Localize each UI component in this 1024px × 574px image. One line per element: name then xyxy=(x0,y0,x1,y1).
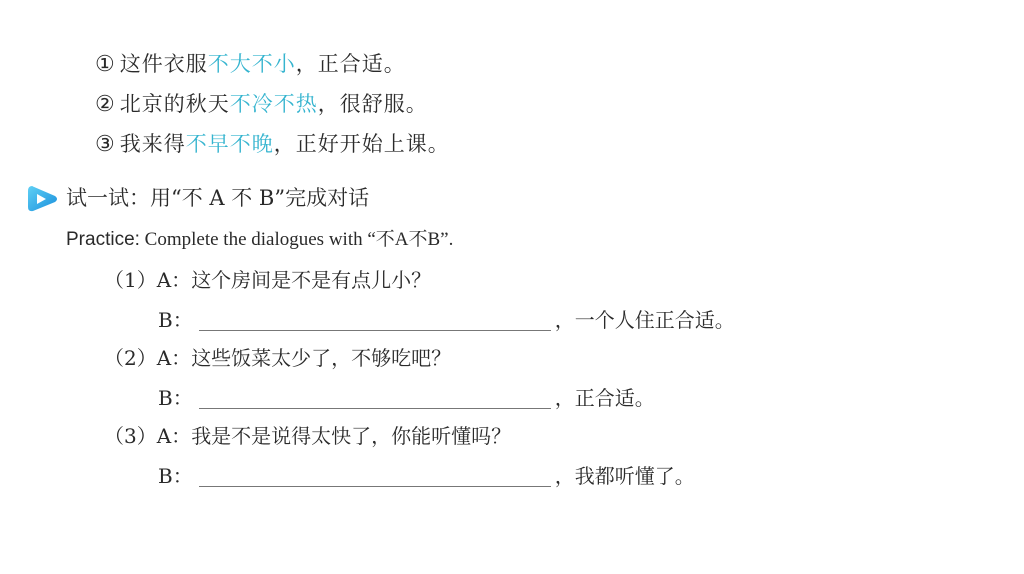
dialogue-1-a: （1）A：这个房间是不是有点儿小？ xyxy=(104,266,431,294)
dialogue-3-b: B：，我都听懂了。 xyxy=(158,462,695,490)
example-3: ③我来得不早不晚，正好开始上课。 xyxy=(95,130,450,159)
example-text: 我来得 xyxy=(120,132,186,156)
dialogue-number: （2） xyxy=(104,346,157,370)
example-text: ，很舒服。 xyxy=(318,92,428,116)
answer-blank[interactable] xyxy=(199,329,551,331)
answer-blank[interactable] xyxy=(199,407,551,409)
example-number: ① xyxy=(95,52,116,77)
example-number: ② xyxy=(95,92,116,117)
example-text: 北京的秋天 xyxy=(120,92,230,116)
example-2: ②北京的秋天不冷不热，很舒服。 xyxy=(95,90,428,119)
highlight-pattern: 不冷不热 xyxy=(230,92,318,116)
example-text: ，正合适。 xyxy=(296,52,406,76)
question-text: 这些饭菜太少了，不够吃吧？ xyxy=(191,346,451,370)
practice-heading-cn: 试一试：用“不 A 不 B”完成对话 xyxy=(66,184,369,212)
speaker-b: B： xyxy=(158,386,193,410)
example-text: 这件衣服 xyxy=(120,52,208,76)
speaker-a: A： xyxy=(157,346,191,370)
answer-suffix: ，一个人住正合适。 xyxy=(555,308,735,332)
example-number: ③ xyxy=(95,132,116,157)
speaker-b: B： xyxy=(158,464,193,488)
practice-heading-en: Practice: Complete the dialogues with “不… xyxy=(66,228,453,252)
dialogue-2-a: （2）A：这些饭菜太少了，不够吃吧？ xyxy=(104,344,451,372)
play-arrow-icon xyxy=(26,183,60,215)
question-text: 我是不是说得太快了，你能听懂吗？ xyxy=(191,424,511,448)
speaker-a: A： xyxy=(157,424,191,448)
dialogue-2-b: B：，正合适。 xyxy=(158,384,655,412)
highlight-pattern: 不早不晚 xyxy=(186,132,274,156)
example-text: ，正好开始上课。 xyxy=(274,132,450,156)
dialogue-1-b: B：，一个人住正合适。 xyxy=(158,306,735,334)
answer-suffix: ，正合适。 xyxy=(555,386,655,410)
example-1: ①这件衣服不大不小，正合适。 xyxy=(95,50,406,79)
answer-suffix: ，我都听懂了。 xyxy=(555,464,695,488)
highlight-pattern: 不大不小 xyxy=(208,52,296,76)
speaker-a: A： xyxy=(157,268,191,292)
question-text: 这个房间是不是有点儿小？ xyxy=(191,268,431,292)
practice-instruction: Complete the dialogues with “不A不B”. xyxy=(140,229,453,250)
dialogue-number: （1） xyxy=(104,268,157,292)
dialogue-number: （3） xyxy=(104,424,157,448)
dialogue-3-a: （3）A：我是不是说得太快了，你能听懂吗？ xyxy=(104,422,511,450)
practice-label: Practice: xyxy=(66,229,140,250)
answer-blank[interactable] xyxy=(199,485,551,487)
speaker-b: B： xyxy=(158,308,193,332)
